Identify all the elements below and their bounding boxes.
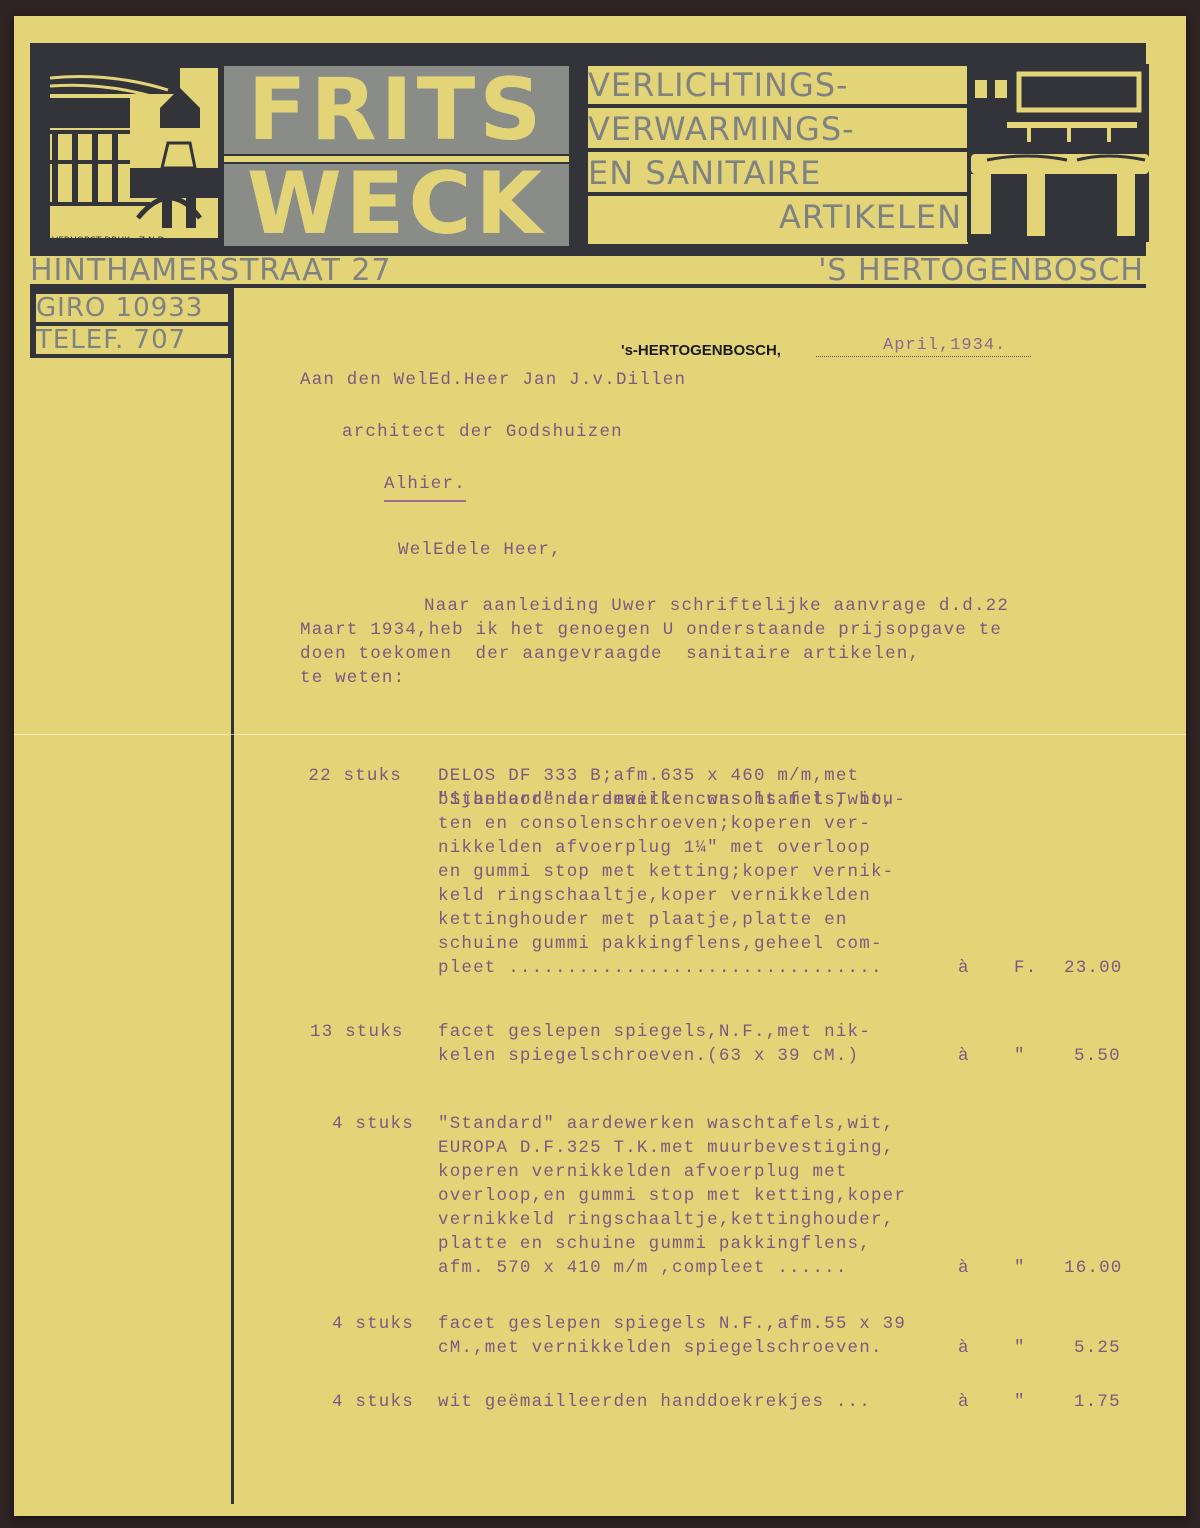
item-at: à [958,1390,970,1414]
margin-rule [231,356,234,1504]
lamp-illustration-icon [50,68,218,238]
item-description-line: afm. 570 x 410 m/m ,compleet ...... [438,1256,848,1280]
item-ditto: " [1014,1390,1026,1414]
item-description-line: wit geëmailleerden handdoekrekjes ... [438,1390,871,1414]
letter-page: VERHORST DRUK - Z.N.D. FRITS WECK VERLIC… [14,16,1186,1516]
item-description-line: keld ringschaaltje,koper vernikkelden [438,884,871,908]
dateline-city: 's-HERTOGENBOSCH, [621,342,781,359]
washbasin-illustration-icon [967,64,1149,242]
company-name-line1: FRITS [224,68,569,152]
item-description-line: cM.,met vernikkelden spiegelschroeven. [438,1336,883,1360]
printer-credit: VERHORST DRUK - Z.N.D. [52,236,167,246]
item-description-line: bijbehoorende emaille consols met T bou- [438,788,906,812]
service-line: EN SANITAIRE [588,154,968,196]
service-line: ARTIKELEN [588,198,968,236]
service-line: VERWARMINGS- [588,110,968,152]
salutation: WelEdele Heer, [398,538,562,562]
item-description-line: pleet ................................ [438,956,883,980]
item-at: à [958,1256,970,1280]
address-bar: HINTHAMERSTRAAT 27 'S HERTOGENBOSCH [30,252,1146,288]
item-description-line: en gummi stop met ketting;koper vernik- [438,860,894,884]
company-name-box: FRITS WECK [224,66,569,246]
item-price: 5.25 [1074,1336,1121,1360]
item-price: 5.50 [1074,1044,1121,1068]
intro-line: te weten: [300,666,405,690]
item-currency: F. [1014,956,1037,980]
item-quantity: 4 stuks [332,1112,414,1136]
paper-fold [14,734,1186,735]
item-quantity: 4 stuks [332,1390,414,1414]
item-price: 16.00 [1064,1256,1123,1280]
item-quantity: 13 stuks [310,1020,404,1044]
dotted-line [816,356,1031,357]
letterhead-city: 'S HERTOGENBOSCH [818,256,1144,286]
item-description-line: koperen vernikkelden afvoerplug met [438,1160,848,1184]
company-name-line2: WECK [224,162,569,246]
item-price: 23.00 [1064,956,1123,980]
item-ditto: " [1014,1336,1026,1360]
item-at: à [958,1336,970,1360]
services-box: VERLICHTINGS- VERWARMINGS- EN SANITAIRE … [580,66,968,244]
recipient-title: architect der Godshuizen [342,420,623,444]
item-description-line: vernikkeld ringschaaltje,kettinghouder, [438,1208,894,1232]
street-address: HINTHAMERSTRAAT 27 [30,256,392,286]
item-description-line: DELOS DF 333 B;afm.635 x 460 m/m,met [438,764,859,788]
contact-box: GIRO 10933 TELEF. 707 [30,286,234,358]
item-description-line: nikkelden afvoerplug 1¼" met overloop [438,836,871,860]
item-description-line: kettinghouder met plaatje,platte en [438,908,848,932]
letter-date: April,1934. [883,336,1006,355]
item-price: 1.75 [1074,1390,1121,1414]
item-description-line: ten en consolenschroeven;koperen ver- [438,812,871,836]
telephone-number: TELEF. 707 [36,326,228,354]
item-description-line: overloop,en gummi stop met ketting,koper [438,1184,906,1208]
item-at: à [958,956,970,980]
item-description-line: facet geslepen spiegels N.F.,afm.55 x 39 [438,1312,906,1336]
recipient-location: Alhier. [384,474,466,502]
item-quantity: 4 stuks [332,1312,414,1336]
service-line: VERLICHTINGS- [588,66,968,108]
intro-line: Naar aanleiding Uwer schriftelijke aanvr… [424,594,1009,618]
intro-line: Maart 1934,heb ik het genoegen U onderst… [300,618,1002,642]
item-description-line: kelen spiegelschroeven.(63 x 39 cM.) [438,1044,859,1068]
item-quantity: 22 stuks [276,764,402,788]
item-description-line: EUROPA D.F.325 T.K.met muurbevestiging, [438,1136,894,1160]
item-description-line: schuine gummi pakkingflens,geheel com- [438,932,883,956]
recipient-name: Aan den WelEd.Heer Jan J.v.Dillen [300,368,686,392]
item-description-line: facet geslepen spiegels,N.F.,met nik- [438,1020,871,1044]
intro-line: doen toekomen der aangevraagde sanitaire… [300,642,920,666]
giro-number: GIRO 10933 [36,294,228,322]
dateline: 's-HERTOGENBOSCH, April,1934. [621,336,1051,360]
item-description-line: "Standard" aardewerken waschtafels,wit, [438,1112,894,1136]
item-at: à [958,1044,970,1068]
item-ditto: " [1014,1044,1026,1068]
item-description-line: platte en schuine gummi pakkingflens, [438,1232,871,1256]
item-ditto: " [1014,1256,1026,1280]
